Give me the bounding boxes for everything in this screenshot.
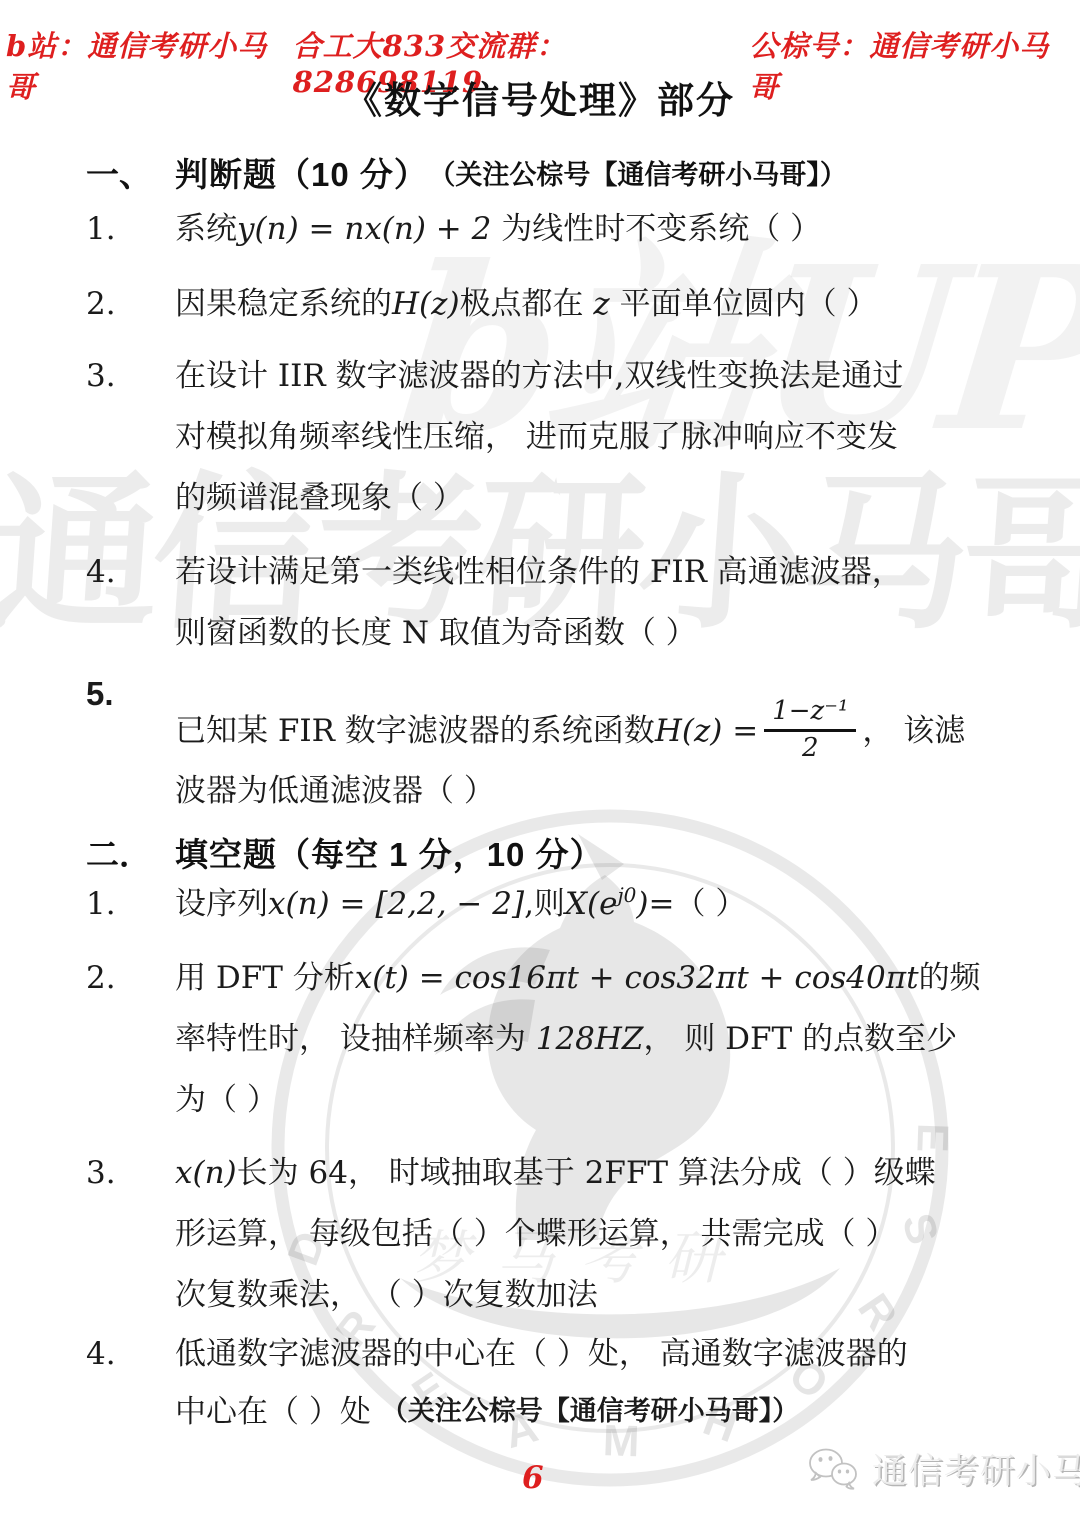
math-run: z [593, 286, 609, 322]
question-line: 中心在（ ）处 （关注公棕号【通信考研小马哥】） [175, 1390, 799, 1434]
page-number: 6 [522, 1460, 544, 1496]
text-run: 则窗函数的长度 N 取值为奇函数（ ） [175, 615, 697, 651]
questions-area: 一、判断题（10 分）（关注公棕号【通信考研小马哥】）1.系统y(n) = nx… [0, 0, 1080, 1526]
question-line: 低通数字滤波器的中心在（ ）处， 高通数字滤波器的 [175, 1332, 908, 1376]
section-title: 判断题（10 分） [175, 156, 428, 193]
question-line: 在设计 IIR 数字滤波器的方法中,双线性变换法是通过 [175, 354, 903, 398]
question-line: x(n)长为 64， 时域抽取基于 2FFT 算法分成（ ）级蝶 [175, 1151, 936, 1195]
question-line: 若设计满足第一类线性相位条件的 FIR 高通滤波器， [175, 550, 903, 594]
section-note: （关注公棕号【通信考研小马哥】） [442, 160, 847, 190]
text-run: 形运算， 每级包括（ ）个蝶形运算， 共需完成（ ） [175, 1216, 896, 1252]
question-number: 1. [86, 882, 116, 926]
question-number: 2. [86, 282, 116, 326]
section-heading-text: 判断题（10 分）（关注公棕号【通信考研小马哥】） [175, 149, 847, 196]
text-run: 的频谱混叠现象（ ） [175, 480, 464, 516]
text-run: ， 则 DFT 的点数至少 [643, 1021, 957, 1057]
text-run: 设序列 [175, 886, 268, 922]
superscript-run: j0 [617, 883, 636, 907]
question-line: 对模拟角频率线性压缩， 进而克服了脉冲响应不变发 [175, 415, 898, 459]
section-heading: 一、判断题（10 分）（关注公棕号【通信考研小马哥】） [0, 149, 1080, 195]
text-run: 次复数乘法， （ ）次复数加法 [175, 1277, 598, 1313]
math-run: x(t) = cos16πt + cos32πt + cos40πt [355, 960, 919, 996]
section-number: 二． [86, 829, 152, 876]
question-number: 1. [86, 207, 116, 251]
question-number: 2. [86, 956, 116, 1000]
question-number: 4. [86, 550, 116, 594]
fraction-denominator: 2 [802, 732, 819, 764]
question-line: 波器为低通滤波器（ ） [175, 769, 495, 813]
question-number: 5. [86, 672, 114, 716]
text-run: 对模拟角频率线性压缩， 进而克服了脉冲响应不变发 [175, 419, 898, 455]
math-fraction: 1−z⁻¹2 [764, 697, 856, 764]
fraction-numerator: 1−z⁻¹ [764, 697, 856, 732]
text-run: 长为 64， 时域抽取基于 2FFT 算法分成（ ）级蝶 [237, 1155, 936, 1191]
math-run: H(z) [392, 286, 460, 322]
text-run: 波器为低通滤波器（ ） [175, 773, 495, 809]
section-heading-text: 填空题（每空 1 分，10 分） [175, 829, 604, 876]
text-run: 的频 [919, 960, 981, 996]
section-title: 填空题（每空 1 分，10 分） [175, 836, 604, 873]
question-line: 率特性时， 设抽样频率为 128HZ， 则 DFT 的点数至少 [175, 1017, 957, 1061]
section-number: 一、 [86, 149, 152, 196]
question-line: 用 DFT 分析x(t) = cos16πt + cos32πt + cos40… [175, 956, 981, 1000]
text-run: 因果稳定系统的 [175, 286, 392, 322]
math-run: y(n) = nx(n) + 2 [237, 211, 491, 247]
question-line: 系统y(n) = nx(n) + 2 为线性时不变系统（ ） [175, 207, 821, 251]
text-run: 系统 [175, 211, 237, 247]
question-line: 的频谱混叠现象（ ） [175, 476, 464, 520]
note-run: （关注公棕号【通信考研小马哥】） [381, 1396, 800, 1426]
text-run: 为线性时不变系统（ ） [491, 211, 821, 247]
text-run: 极点都在 [460, 286, 594, 322]
text-run: ， 该滤 [862, 713, 965, 749]
question-line: 因果稳定系统的H(z)极点都在 z 平面单位圆内（ ） [175, 282, 877, 326]
question-line: 则窗函数的长度 N 取值为奇函数（ ） [175, 611, 697, 655]
text-run: 中心在（ ）处 [175, 1394, 381, 1430]
question-number: 3. [86, 354, 116, 398]
text-run: 率特性时， 设抽样频率为 [175, 1021, 536, 1057]
text-run: 为（ ） [175, 1082, 278, 1118]
text-run: 若设计满足第一类线性相位条件的 FIR 高通滤波器， [175, 554, 903, 590]
text-run: 在设计 IIR 数字滤波器的方法中,双线性变换法是通过 [175, 358, 903, 394]
text-run: （ ） [674, 886, 746, 922]
math-run: )= [636, 886, 674, 922]
exam-page: b站UP 通信考研小马哥 DREAMHORSE 梦马考研 b站：通信考研小马哥 … [0, 0, 1080, 1526]
math-run: X(e [565, 886, 618, 922]
text-run: 低通数字滤波器的中心在（ ）处， 高通数字滤波器的 [175, 1336, 908, 1372]
math-run: H(z) = [655, 713, 758, 749]
text-run: 用 DFT 分析 [175, 960, 355, 996]
wechat-label: 通信考研小马哥 [872, 1444, 1080, 1494]
question-number: 3. [86, 1151, 116, 1195]
question-line: 为（ ） [175, 1078, 278, 1122]
math-run: x(n) [175, 1155, 237, 1191]
section-heading: 二．填空题（每空 1 分，10 分） [0, 829, 1080, 875]
text-run: 平面单位圆内（ ） [610, 286, 878, 322]
question-line: 次复数乘法， （ ）次复数加法 [175, 1273, 598, 1317]
text-run: 已知某 FIR 数字滤波器的系统函数 [175, 713, 655, 749]
wechat-badge: 通信考研小马哥 [806, 1444, 1080, 1494]
wechat-icon [806, 1444, 864, 1494]
math-run: 128HZ [536, 1021, 644, 1057]
text-run: ,则 [524, 886, 565, 922]
question-number: 4. [86, 1332, 116, 1376]
math-run: x(n) = [2,2, − 2] [268, 886, 524, 922]
question-line: 形运算， 每级包括（ ）个蝶形运算， 共需完成（ ） [175, 1212, 896, 1256]
question-line: 已知某 FIR 数字滤波器的系统函数H(z) =1−z⁻¹2， 该滤 [175, 699, 965, 743]
question-line: 设序列x(n) = [2,2, − 2],则X(ej0)=（ ） [175, 882, 746, 926]
